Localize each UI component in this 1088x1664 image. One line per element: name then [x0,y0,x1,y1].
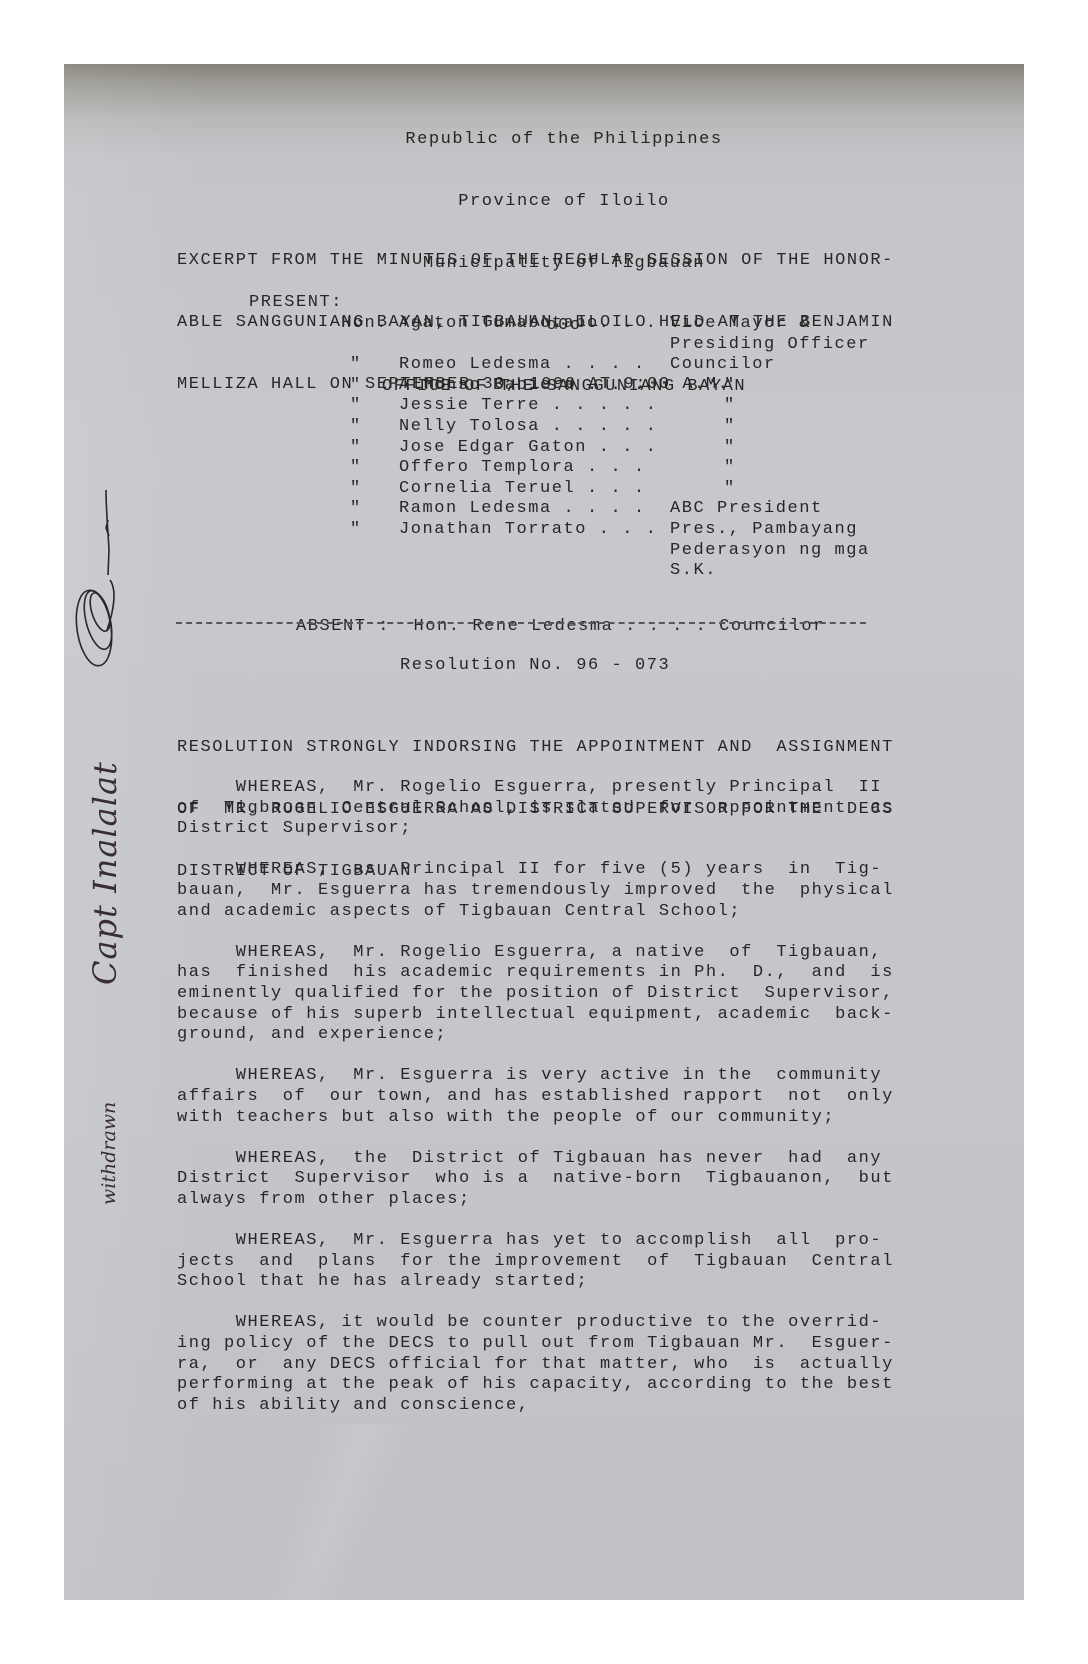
whereas-line: WHEREAS, Mr. Esguerra has yet to accompl… [177,1231,894,1252]
attendee-prefix: Hon. [341,314,388,335]
section-divider [176,622,866,624]
attendee-prefix: " [350,458,362,479]
absent-prefix: Hon. [414,617,461,636]
whereas-line: WHEREAS, the District of Tigbauan has ne… [177,1149,894,1170]
whereas-clause: WHEREAS, the District of Tigbauan has ne… [177,1149,894,1211]
resolution-number: Resolution No. 96 - 073 [400,656,670,677]
whereas-line: School that he has already started; [177,1272,894,1293]
attendee-name: Alfonso Babiera . . . [399,376,646,397]
whereas-line: ra, or any DECS official for that matter… [177,1355,894,1376]
attendee-prefix: " [350,355,362,376]
whereas-line: WHEREAS, it would be counter productive … [177,1313,894,1334]
attendee-position: S.K. [670,561,717,582]
whereas-line: affairs of our town, and has established… [177,1087,894,1108]
excerpt-line: EXCERPT FROM THE MINUTES OF THE REGULAR … [177,251,894,272]
attendee-prefix: " [350,396,362,417]
whereas-line: of Tigbauan Central School, is slated fo… [177,799,894,820]
whereas-clause: WHEREAS, Mr. Rogelio Esguerra, a native … [177,943,894,1046]
whereas-line: of his ability and conscience, [177,1396,894,1417]
document-page: Republic of the Philippines Province of … [64,64,1024,1600]
attendee-name: Agaton Tumabotabo. . . [399,314,658,335]
attendee-name: Romeo Ledesma . . . . [399,355,646,376]
whereas-line: and academic aspects of Tigbauan Central… [177,902,894,923]
attendee-prefix: " [350,520,362,541]
whereas-line: District Supervisor who is a native-born… [177,1169,894,1190]
attendee-position: " [724,479,736,500]
attendee-name: Offero Templora . . . [399,458,646,479]
resolution-title-line: RESOLUTION STRONGLY INDORSING THE APPOIN… [177,738,894,759]
absent-name: Rene Ledesma [472,617,613,636]
attendee-position: " [724,417,736,438]
whereas-line: ing policy of the DECS to pull out from … [177,1334,894,1355]
attendee-name: Ramon Ledesma . . . . [399,499,646,520]
whereas-line: with teachers but also with the people o… [177,1108,894,1129]
attendee-prefix: " [350,499,362,520]
whereas-clauses: WHEREAS, Mr. Rogelio Esguerra, presently… [177,778,894,1437]
attendee-position: Vice Mayor & [670,314,811,335]
whereas-line: ground, and experience; [177,1025,894,1046]
whereas-line: always from other places; [177,1190,894,1211]
whereas-line: WHEREAS, Mr. Esguerra is very active in … [177,1066,894,1087]
attendee-position: " [724,376,736,397]
attendee-position: Pederasyon ng mga [670,541,870,562]
whereas-line: bauan, Mr. Esguerra has tremendously imp… [177,881,894,902]
whereas-line: because of his superb intellectual equip… [177,1005,894,1026]
whereas-clause: WHEREAS, Mr. Rogelio Esguerra, presently… [177,778,894,840]
whereas-clause: WHEREAS, it would be counter productive … [177,1313,894,1416]
attendee-prefix: " [350,479,362,500]
attendee-position: " [724,396,736,417]
attendee-prefix: " [350,417,362,438]
whereas-line: jects and plans for the improvement of T… [177,1252,894,1273]
absent-position: Councilor [719,617,825,636]
attendee-name: Jose Edgar Gaton . . . [399,438,658,459]
attendee-position: " [724,458,736,479]
attendee-position: Councilor [670,355,776,376]
attendee-name: Jessie Terre . . . . . [399,396,658,417]
letterhead-line: Republic of the Philippines [84,130,1024,151]
whereas-line: eminently qualified for the position of … [177,984,894,1005]
whereas-line: performing at the peak of his capacity, … [177,1375,894,1396]
whereas-clause: WHEREAS, Mr. Esguerra is very active in … [177,1066,894,1128]
whereas-line: WHEREAS, as Principal II for five (5) ye… [177,860,894,881]
attendee-name: Nelly Tolosa . . . . . [399,417,658,438]
whereas-line: WHEREAS, Mr. Rogelio Esguerra, a native … [177,943,894,964]
attendee-name: Jonathan Torrato . . . [399,520,658,541]
present-label: PRESENT: [249,293,343,314]
attendee-prefix: " [350,438,362,459]
absent-leader: . . . . [625,617,707,636]
whereas-line: District Supervisor; [177,819,894,840]
whereas-clause: WHEREAS, Mr. Esguerra has yet to accompl… [177,1231,894,1293]
whereas-line: WHEREAS, Mr. Rogelio Esguerra, presently… [177,778,894,799]
attendee-position: Presiding Officer [670,335,870,356]
attendee-position: Pres., Pambayang [670,520,858,541]
whereas-line: has finished his academic requirements i… [177,963,894,984]
absent-label: ABSENT : [296,617,390,636]
attendee-name: Cornelia Teruel . . . [399,479,646,500]
whereas-clause: WHEREAS, as Principal II for five (5) ye… [177,860,894,922]
attendee-position: " [724,438,736,459]
attendee-prefix: " [350,376,362,397]
attendee-position: ABC President [670,499,823,520]
absent-row: ABSENT : Hon. Rene Ledesma . . . . Counc… [249,596,825,658]
